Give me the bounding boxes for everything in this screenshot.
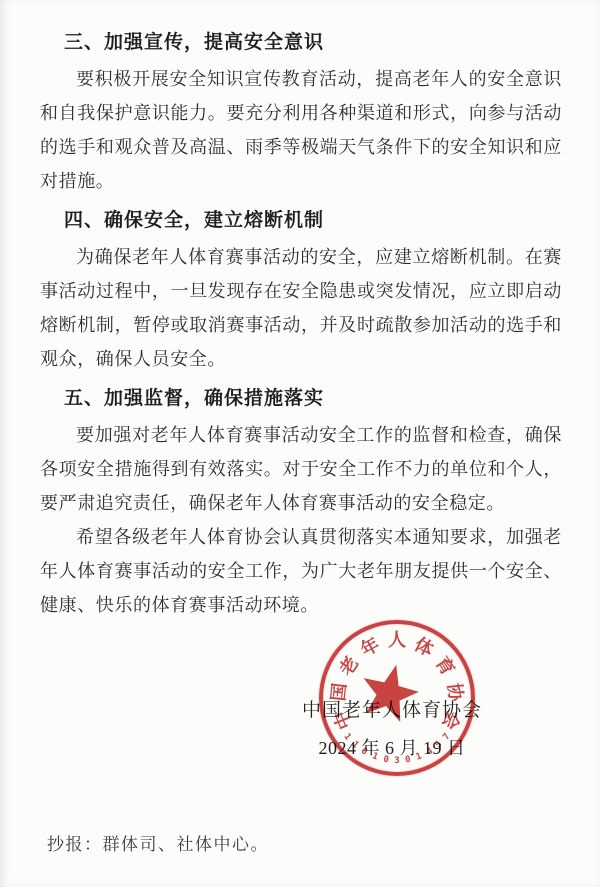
footer-note: 抄报：群体司、社体中心。 — [47, 830, 269, 855]
paragraph-closing: 希望各级老年人体育协会认真贯彻落实本通知要求，加强老年人体育赛事活动的安全工作，… — [40, 520, 562, 622]
section-heading-3: 三、加强宣传，提高安全意识 — [64, 26, 562, 60]
section-heading-4: 四、确保安全，建立熔断机制 — [64, 204, 562, 238]
paragraph-section-4: 为确保老年人体育赛事活动的安全，应建立熔断机制。在赛事活动过程中，一旦发现存在安… — [40, 240, 562, 376]
seal-star-shape — [357, 662, 421, 724]
seal-ring-char: 人 — [387, 629, 407, 651]
seal-ring-char: 协 — [443, 681, 467, 703]
document-page: 三、加强宣传，提高安全意识 要积极开展安全知识宣传教育活动，提高老年人的安全意识… — [0, 0, 600, 887]
seal-ring-char: 国 — [327, 681, 351, 703]
document-body: 三、加强宣传，提高安全意识 要积极开展安全知识宣传教育活动，提高老年人的安全意识… — [40, 26, 562, 622]
seal-code-digit: 3 — [393, 755, 401, 767]
section-heading-5: 五、加强监督，确保措施落实 — [64, 382, 562, 416]
paragraph-section-5: 要加强对老年人体育赛事活动安全工作的监督和检查，确保各项安全措施得到有效落实。对… — [40, 418, 562, 520]
paragraph-section-3: 要积极开展安全知识宣传教育活动，提高老年人的安全意识和自我保护意识能力。要充分利… — [40, 62, 562, 198]
seal-code-digit: 0 — [381, 753, 391, 766]
seal-star-icon — [357, 662, 421, 726]
official-seal: 中国老年人体育协会 11010301457 — [319, 620, 475, 776]
